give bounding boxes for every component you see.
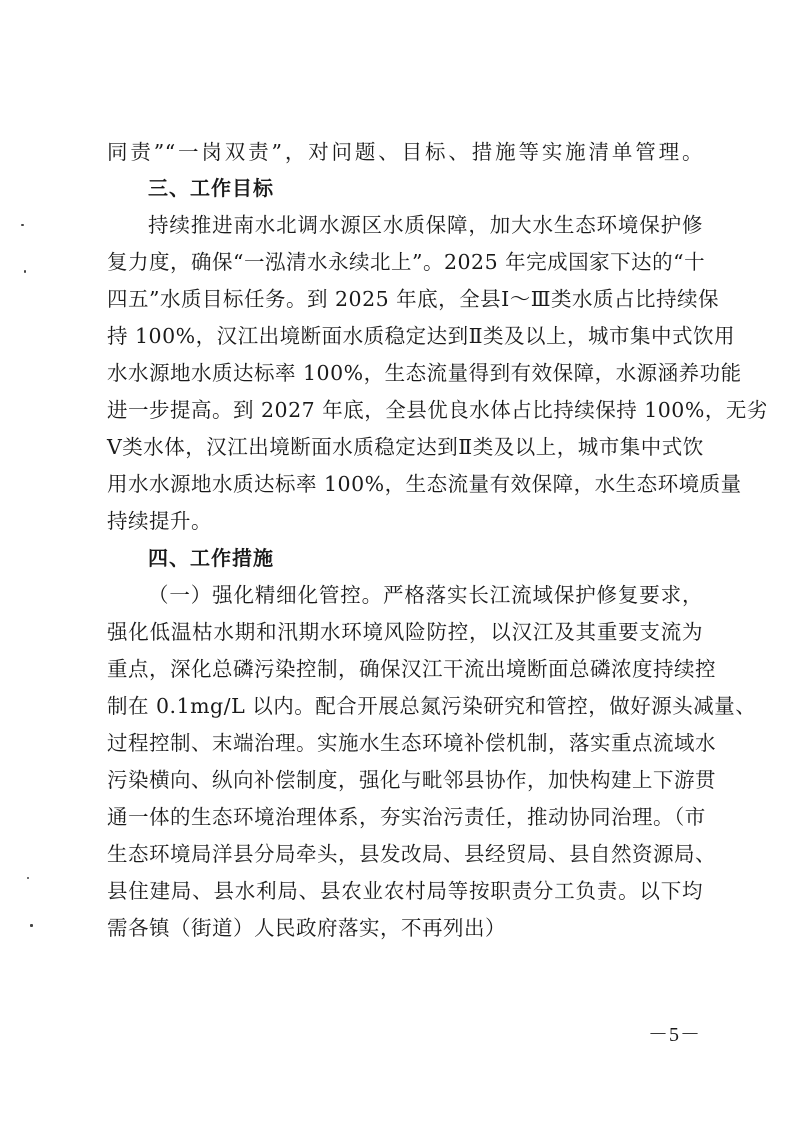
paragraph-line: 四五”水质目标任务。到 2025 年底，全县Ⅰ～Ⅲ类水质占比持续保: [107, 281, 703, 317]
paragraph-line: 水水源地水质达标率 100%，生态流量得到有效保障，水源涵养功能: [107, 355, 703, 391]
paragraph-line: 持 100%，汉江出境断面水质稳定达到Ⅱ类及以上，城市集中式饮用: [107, 318, 703, 354]
paragraph-line: 县住建局、县水利局、县农业农村局等按职责分工负责。以下均: [107, 873, 703, 909]
scan-speck: [24, 270, 26, 273]
paragraph-line: 制在 0.1mg/L 以内。配合开展总氮污染研究和管控，做好源头减量、: [107, 688, 703, 724]
paragraph-line: 同责”“一岗双责”，对问题、目标、措施等实施清单管理。: [107, 134, 703, 170]
paragraph-line: 进一步提高。到 2027 年底，全县优良水体占比持续保持 100%，无劣: [107, 392, 703, 428]
document-page: 同责”“一岗双责”，对问题、目标、措施等实施清单管理。 三、工作目标 持续推进南…: [0, 0, 794, 1122]
section-heading-work-goals: 三、工作目标: [148, 170, 274, 206]
section-heading-work-measures: 四、工作措施: [148, 540, 274, 576]
paragraph-line: 过程控制、末端治理。实施水生态环境补偿机制，落实重点流域水: [107, 725, 703, 761]
paragraph-line: 需各镇（街道）人民政府落实，不再列出）: [107, 910, 703, 946]
paragraph-line: 污染横向、纵向补偿制度，强化与毗邻县协作，加快构建上下游贯: [107, 762, 703, 798]
paragraph-line: 通一体的生态环境治理体系，夯实治污责任，推动协同治理。（市: [107, 799, 703, 835]
paragraph-line: （一）强化精细化管控。严格落实长江流域保护修复要求，: [148, 577, 703, 613]
scan-speck: [30, 924, 33, 927]
scan-speck: [27, 877, 29, 879]
paragraph-line: 复力度，确保“一泓清水永续北上”。2025 年完成国家下达的“十: [107, 244, 703, 280]
paragraph-line: 持续推进南水北调水源区水质保障，加大水生态环境保护修: [148, 207, 703, 243]
paragraph-line: 重点，深化总磷污染控制，确保汉江干流出境断面总磷浓度持续控: [107, 651, 703, 687]
paragraph-line: 持续提升。: [107, 503, 703, 539]
paragraph-line: 强化低温枯水期和汛期水环境风险防控，以汉江及其重要支流为: [107, 614, 703, 650]
paragraph-line: 生态环境局洋县分局牵头，县发改局、县经贸局、县自然资源局、: [107, 836, 703, 872]
scan-speck: [21, 224, 24, 226]
paragraph-line: Ⅴ类水体，汉江出境断面水质稳定达到Ⅱ类及以上，城市集中式饮: [107, 429, 703, 465]
paragraph-line: 用水水源地水质达标率 100%，生态流量有效保障，水生态环境质量: [107, 466, 703, 502]
page-number: －5－: [648, 1018, 701, 1047]
